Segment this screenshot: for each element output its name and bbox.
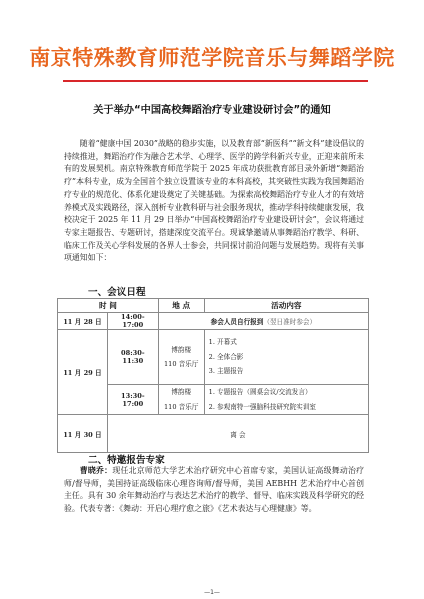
notice-title: 关于举办“中国高校舞蹈治疗专业建设研讨会”的通知 (0, 101, 424, 116)
venue-room: 110 音乐厅 (162, 400, 201, 415)
section-heading-experts: 二、特邀报告专家 (88, 452, 165, 466)
activity-item: 2. 参观南特一强脑科技研究院实训室 (209, 400, 365, 415)
table-row: 11 月 29 日 08:30-11:30 博韵楼 110 音乐厅 1. 开幕式… (58, 330, 369, 385)
venue-cell: 博韵楼 110 音乐厅 (158, 330, 204, 385)
table-row: 11 月 30 日 离 会 (58, 415, 369, 453)
table-header-row: 时 间 地 点 活动内容 (58, 299, 369, 313)
venue-building: 博韵楼 (162, 343, 201, 358)
venue-building: 博韵楼 (162, 385, 201, 400)
expert-bio: 曹晓乔：现任北京师范大学艺术治疗研究中心首席专家，美国认证高级舞动治疗师/督导师… (64, 465, 364, 516)
masthead-college-name: 南京特殊教育师范学院音乐与舞蹈学院 (0, 42, 424, 72)
section-heading-schedule: 一、会议日程 (88, 284, 146, 298)
header-activity: 活动内容 (204, 299, 368, 313)
header-time: 时 间 (58, 299, 159, 313)
activity-item: 3. 主题报告 (209, 364, 365, 379)
date-cell: 11 月 30 日 (58, 415, 108, 453)
schedule-table: 时 间 地 点 活动内容 11 月 28 日 14:00-17:00 参会人员自… (57, 298, 369, 453)
activity-item: 1. 专题报告（圆桌会议/交流发言） (209, 385, 365, 400)
page-number: —1— (0, 589, 424, 596)
header-venue: 地 点 (158, 299, 204, 313)
date-cell: 11 月 28 日 (58, 313, 108, 330)
date-cell: 11 月 29 日 (58, 330, 108, 415)
masthead-red-rule (63, 80, 368, 82)
intro-section: 随着“健康中国 2030”战略的稳步实施，以及教育部“新医科”“新文科”建设倡议… (64, 138, 364, 265)
activity-cell: 1. 专题报告（圆桌会议/交流发言） 2. 参观南特一强脑科技研究院实训室 (204, 385, 368, 415)
time-cell: 14:00-17:00 (107, 313, 158, 330)
venue-cell: 博韵楼 110 音乐厅 (158, 385, 204, 415)
intro-paragraph: 随着“健康中国 2030”战略的稳步实施，以及教育部“新医科”“新文科”建设倡议… (64, 138, 364, 265)
table-row: 11 月 28 日 14:00-17:00 参会人员自行报到（翌日准时参会） (58, 313, 369, 330)
time-cell: 13:30-17:00 (107, 385, 158, 415)
activity-item: 1. 开幕式 (209, 335, 365, 350)
activity-bold-text: 参会人员自行报到 (211, 318, 264, 326)
activity-cell: 离 会 (107, 415, 368, 453)
document-page: 南京特殊教育师范学院音乐与舞蹈学院 关于举办“中国高校舞蹈治疗专业建设研讨会”的… (0, 0, 424, 599)
activity-item: 2. 全体合影 (209, 350, 365, 365)
activity-cell: 参会人员自行报到（翌日准时参会） (158, 313, 368, 330)
expert-name: 曹晓乔： (80, 466, 113, 475)
venue-room: 110 音乐厅 (162, 357, 201, 372)
time-cell: 08:30-11:30 (107, 330, 158, 385)
activity-note: （翌日准时参会） (263, 318, 316, 326)
activity-cell: 1. 开幕式 2. 全体合影 3. 主题报告 (204, 330, 368, 385)
